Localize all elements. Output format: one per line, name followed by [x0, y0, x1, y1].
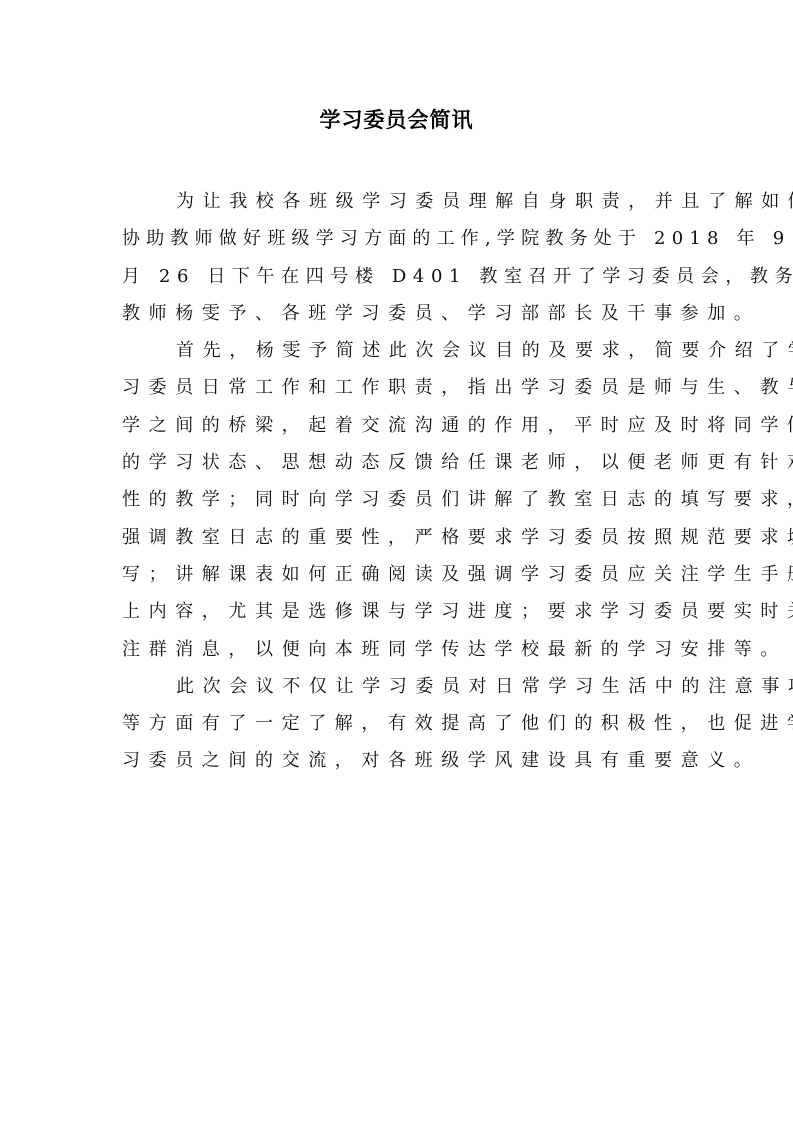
text-line: 习委员之间的交流，对各班级学风建设具有重要意义。 [122, 742, 682, 779]
text-line: 写；讲解课表如何正确阅读及强调学习委员应关注学生手册 [122, 556, 682, 593]
paragraph-1: 为让我校各班级学习委员理解自身职责，并且了解如何 协助教师做好班级学习方面的工作… [122, 183, 682, 332]
text-line: 上内容，尤其是选修课与学习进度；要求学习委员要实时关 [122, 593, 682, 630]
text-line: 注群消息，以便向本班同学传达学校最新的学习安排等。 [122, 631, 682, 668]
document-body: 为让我校各班级学习委员理解自身职责，并且了解如何 协助教师做好班级学习方面的工作… [122, 183, 682, 780]
text-line: 等方面有了一定了解，有效提高了他们的积极性，也促进学 [122, 705, 682, 742]
text-line: 此次会议不仅让学习委员对日常学习生活中的注意事项 [122, 668, 682, 705]
text-line: 强调教室日志的重要性，严格要求学习委员按照规范要求填 [122, 519, 682, 556]
text-line: 首先，杨雯予简述此次会议目的及要求，简要介绍了学 [122, 332, 682, 369]
text-line: 学之间的桥梁，起着交流沟通的作用，平时应及时将同学们 [122, 407, 682, 444]
document-page: 学习委员会简讯 为让我校各班级学习委员理解自身职责，并且了解如何 协助教师做好班… [0, 0, 793, 1122]
document-title: 学习委员会简讯 [0, 104, 793, 134]
text-line: 为让我校各班级学习委员理解自身职责，并且了解如何 [122, 183, 682, 220]
paragraph-3: 此次会议不仅让学习委员对日常学习生活中的注意事项 等方面有了一定了解，有效提高了… [122, 668, 682, 780]
paragraph-2: 首先，杨雯予简述此次会议目的及要求，简要介绍了学 习委员日常工作和工作职责，指出… [122, 332, 682, 668]
text-line: 习委员日常工作和工作职责，指出学习委员是师与生、教与 [122, 369, 682, 406]
text-line: 的学习状态、思想动态反馈给任课老师，以便老师更有针对 [122, 444, 682, 481]
text-line: 教师杨雯予、各班学习委员、学习部部长及干事参加。 [122, 295, 682, 332]
text-line: 性的教学；同时向学习委员们讲解了教室日志的填写要求， [122, 481, 682, 518]
text-line: 协助教师做好班级学习方面的工作,学院教务处于 2018 年 9 [122, 220, 682, 257]
text-line: 月 26 日下午在四号楼 D401 教室召开了学习委员会，教务处 [122, 258, 682, 295]
